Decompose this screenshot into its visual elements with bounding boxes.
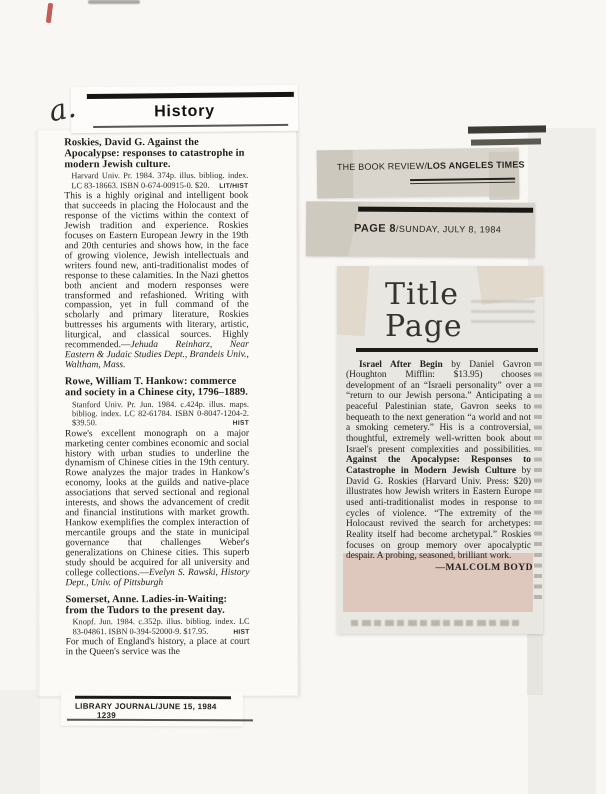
dateline: PAGE 8/SUNDAY, JULY 8, 1984 xyxy=(354,223,501,236)
review-segment: by Daniel Gavron (Houghton Mifflin: $13.… xyxy=(346,360,531,455)
reviewer-byline: —MALCOLM BOYD xyxy=(337,563,533,573)
dateline-page: PAGE 8 xyxy=(354,223,396,235)
history-section-label: History xyxy=(71,85,298,133)
book-heading: Rowe, William T. Hankow: commerce and so… xyxy=(65,377,249,399)
category-tag: HIST xyxy=(233,628,249,637)
biblio-line: Harvard Univ. Pr. 1984. 374p. illus. bib… xyxy=(64,171,248,190)
biblio-text: Knopf. Jun. 1984. c.352p. illus. bibliog… xyxy=(73,617,250,636)
review-text: Rowe's excellent monograph on a major ma… xyxy=(65,429,249,589)
biblio-text: Stanford Univ. Pr. Jun. 1984. c.424p. il… xyxy=(72,400,249,428)
library-journal-clipping: Roskies, David G. Against the Apocalypse… xyxy=(35,130,298,697)
rule-divider xyxy=(93,124,288,128)
journal-name-date: LIBRARY JOURNAL/JUNE 15, 1984 xyxy=(75,702,217,711)
ghost-print-artifact xyxy=(471,296,535,324)
tape-mark xyxy=(306,201,360,256)
banner-title-left: THE BOOK REVIEW/ xyxy=(337,161,427,172)
la-times-banner-clipping: THE BOOK REVIEW/LOS ANGELES TIMES xyxy=(317,148,520,199)
tape-mark xyxy=(337,266,369,336)
review-entry-roskies: Roskies, David G. Against the Apocalypse… xyxy=(64,138,249,372)
section-title: History xyxy=(71,102,298,122)
book-title-against-the-apocalypse: Against the Apocalypse: Responses to Cat… xyxy=(346,455,531,476)
review-body-text: For much of England's history, a place a… xyxy=(66,637,250,657)
heavy-rule xyxy=(358,207,533,213)
title-page-column-clipping: Title Page Israel After Begin by Daniel … xyxy=(337,266,543,634)
category-tag: LIT/HIST xyxy=(219,181,248,190)
column-review-text: Israel After Begin by Daniel Gavron (Hou… xyxy=(346,360,531,562)
review-segment: by David G. Roskies (Harvard Univ. Press… xyxy=(346,466,531,561)
book-heading: Somerset, Anne. Ladies-in-Waiting: from … xyxy=(65,595,249,617)
journal-footer-clipping: LIBRARY JOURNAL/JUNE 15, 1984 1239 xyxy=(61,691,243,727)
rule-divider xyxy=(87,92,294,99)
scanner-shading xyxy=(0,690,40,794)
scanned-album-page: Roskies, David G. Against the Apocalypse… xyxy=(0,0,606,794)
clipping-edge-fragment xyxy=(468,125,546,133)
category-tag: HIST xyxy=(233,419,249,428)
biblio-line: Knopf. Jun. 1984. c.352p. illus. bibliog… xyxy=(66,617,250,636)
banner-title-right: LOS ANGELES TIMES xyxy=(427,160,525,171)
clipping-edge-fragment xyxy=(471,138,541,145)
rule-divider xyxy=(356,348,538,352)
book-title-israel-after-begin: Israel After Begin xyxy=(359,360,443,370)
tape-mark xyxy=(317,150,354,198)
page-dateline-clipping: PAGE 8/SUNDAY, JULY 8, 1984 xyxy=(306,201,535,258)
scan-smudge xyxy=(88,0,140,4)
rule-divider xyxy=(75,696,231,699)
red-pen-mark xyxy=(46,3,53,23)
cut-off-text-fragment xyxy=(351,620,521,626)
review-body-text: This is a highly original and intelligen… xyxy=(64,191,248,351)
biblio-line: Stanford Univ. Pr. Jun. 1984. c.424p. il… xyxy=(65,400,249,428)
review-text: For much of England's history, a place a… xyxy=(66,638,250,658)
adjacent-column-fragment xyxy=(534,362,542,602)
book-heading: Roskies, David G. Against the Apocalypse… xyxy=(64,138,248,171)
review-entry-rowe: Rowe, William T. Hankow: commerce and so… xyxy=(65,377,250,589)
review-body-text: Rowe's excellent monograph on a major ma… xyxy=(65,428,249,578)
journal-footer-line: LIBRARY JOURNAL/JUNE 15, 1984 1239 xyxy=(75,702,243,721)
rule-divider xyxy=(67,719,253,722)
review-text: This is a highly original and intelligen… xyxy=(64,192,248,372)
dateline-date: /SUNDAY, JULY 8, 1984 xyxy=(396,224,501,235)
review-entry-somerset: Somerset, Anne. Ladies-in-Waiting: from … xyxy=(65,595,249,659)
